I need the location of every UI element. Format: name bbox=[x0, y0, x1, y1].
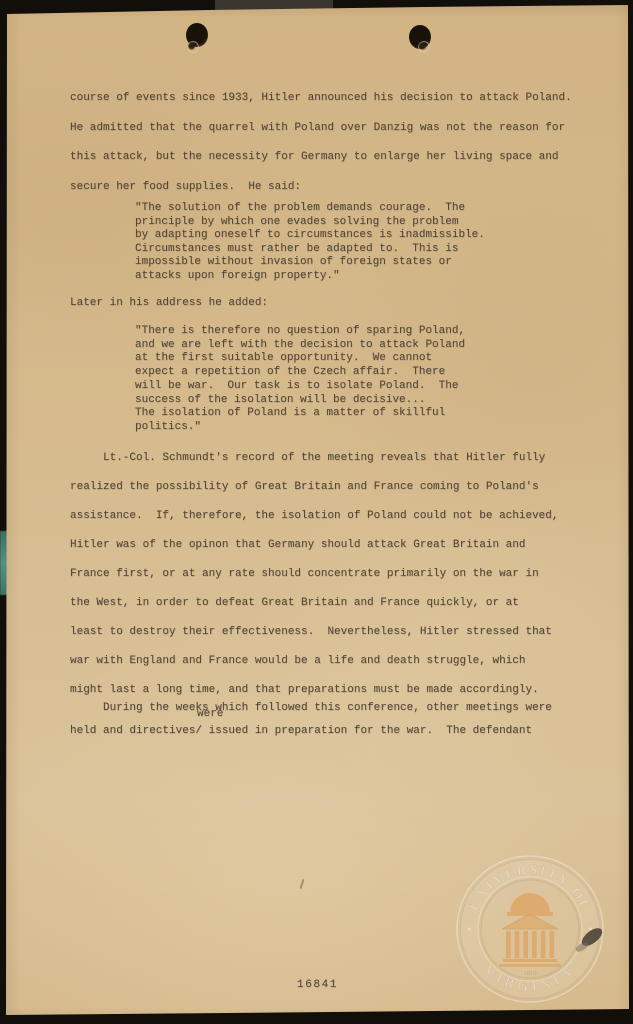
rotunda-column bbox=[532, 931, 537, 958]
paragraph-1: course of events since 1933, Hitler anno… bbox=[70, 84, 572, 202]
seal-year-text: 1819 bbox=[524, 970, 537, 977]
interline-label: Later in his address he added: bbox=[70, 296, 268, 310]
rotunda-column bbox=[523, 931, 528, 958]
rotunda-column bbox=[506, 931, 511, 958]
seal-separator-dot-left bbox=[468, 927, 471, 930]
blockquote-1: "The solution of the problem demands cou… bbox=[135, 202, 485, 284]
page-number: 16841 bbox=[297, 979, 338, 992]
background-scan-mark bbox=[215, 0, 333, 10]
punch-hole-left bbox=[186, 23, 208, 47]
paragraph-3: During the weeks which followed this con… bbox=[70, 697, 552, 743]
university-seal-stamp: UNIVERSITY OF VIRGINIA 1819 bbox=[452, 851, 608, 1011]
edge-teal-mark bbox=[0, 531, 7, 595]
stray-pen-mark bbox=[300, 879, 305, 889]
rotunda-column bbox=[550, 931, 555, 958]
document-page: { "page": { "number": "16841" }, "docume… bbox=[0, 0, 633, 1024]
rotunda-step-1 bbox=[503, 959, 557, 962]
interlinear-correction: were bbox=[197, 709, 223, 720]
blockquote-2: "There is therefore no question of spari… bbox=[135, 325, 465, 435]
rotunda-column bbox=[515, 931, 520, 958]
paper-sheet: course of events since 1933, Hitler anno… bbox=[0, 0, 633, 1024]
paragraph-2: Lt.-Col. Schmundt's record of the meetin… bbox=[70, 444, 558, 705]
rotunda-step-2 bbox=[499, 964, 561, 967]
punch-hole-right bbox=[409, 25, 431, 49]
rotunda-column bbox=[541, 931, 546, 958]
